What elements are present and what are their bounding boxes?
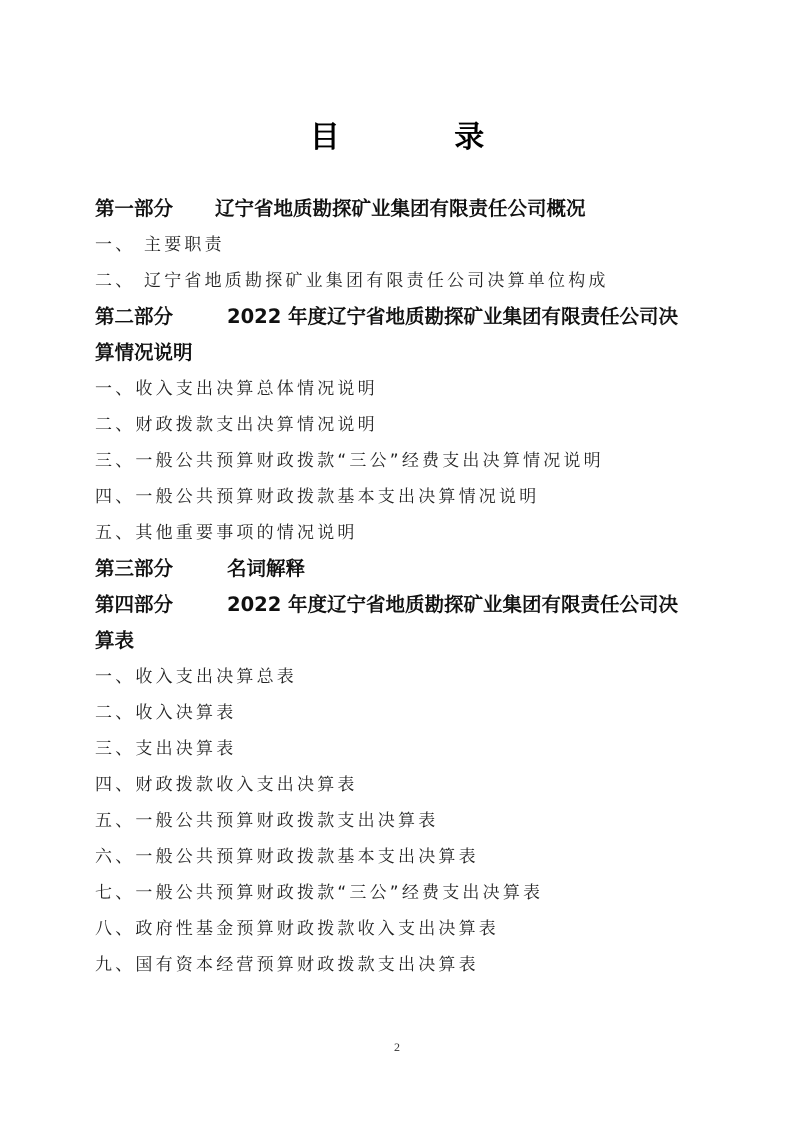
page-title: 目 录 <box>0 112 794 156</box>
toc-item[interactable]: 一、 主要职责 <box>95 229 715 265</box>
toc-item[interactable]: 八、政府性基金预算财政拨款收入支出决算表 <box>95 913 715 949</box>
toc-item[interactable]: 五、一般公共预算财政拨款支出决算表 <box>95 805 715 841</box>
toc-item[interactable]: 二、财政拨款支出决算情况说明 <box>95 409 715 445</box>
toc-part-3[interactable]: 第三部分名词解释 <box>95 553 715 589</box>
toc-part-4[interactable]: 第四部分2022 年度辽宁省地质勘探矿业集团有限责任公司决 <box>95 589 715 625</box>
part-number: 第一部分 <box>95 193 215 225</box>
toc-item[interactable]: 三、一般公共预算财政拨款“三公”经费支出决算情况说明 <box>95 445 715 481</box>
part-title-continuation[interactable]: 算情况说明 <box>95 337 715 373</box>
toc-item[interactable]: 二、收入决算表 <box>95 697 715 733</box>
part-title: 名词解释 <box>227 557 305 580</box>
toc-item[interactable]: 六、一般公共预算财政拨款基本支出决算表 <box>95 841 715 877</box>
toc-item[interactable]: 一、收入支出决算总体情况说明 <box>95 373 715 409</box>
toc-item[interactable]: 九、国有资本经营预算财政拨款支出决算表 <box>95 949 715 985</box>
toc-item[interactable]: 七、一般公共预算财政拨款“三公”经费支出决算表 <box>95 877 715 913</box>
toc-part-2[interactable]: 第二部分2022 年度辽宁省地质勘探矿业集团有限责任公司决 <box>95 301 715 337</box>
part-number: 第四部分 <box>95 589 227 621</box>
part-title-continuation[interactable]: 算表 <box>95 625 715 661</box>
part-title: 2022 年度辽宁省地质勘探矿业集团有限责任公司决 <box>227 593 678 616</box>
toc-item[interactable]: 一、收入支出决算总表 <box>95 661 715 697</box>
part-number: 第二部分 <box>95 301 227 333</box>
part-number: 第三部分 <box>95 553 227 585</box>
toc-part-1[interactable]: 第一部分辽宁省地质勘探矿业集团有限责任公司概况 <box>95 193 715 229</box>
toc-item[interactable]: 四、一般公共预算财政拨款基本支出决算情况说明 <box>95 481 715 517</box>
toc-item[interactable]: 三、支出决算表 <box>95 733 715 769</box>
page-number: 2 <box>0 1040 794 1055</box>
part-title: 辽宁省地质勘探矿业集团有限责任公司概况 <box>215 197 586 220</box>
table-of-contents: 第一部分辽宁省地质勘探矿业集团有限责任公司概况 一、 主要职责 二、 辽宁省地质… <box>95 193 715 985</box>
toc-item[interactable]: 四、财政拨款收入支出决算表 <box>95 769 715 805</box>
toc-item[interactable]: 五、其他重要事项的情况说明 <box>95 517 715 553</box>
part-title: 2022 年度辽宁省地质勘探矿业集团有限责任公司决 <box>227 305 678 328</box>
toc-item[interactable]: 二、 辽宁省地质勘探矿业集团有限责任公司决算单位构成 <box>95 265 715 301</box>
